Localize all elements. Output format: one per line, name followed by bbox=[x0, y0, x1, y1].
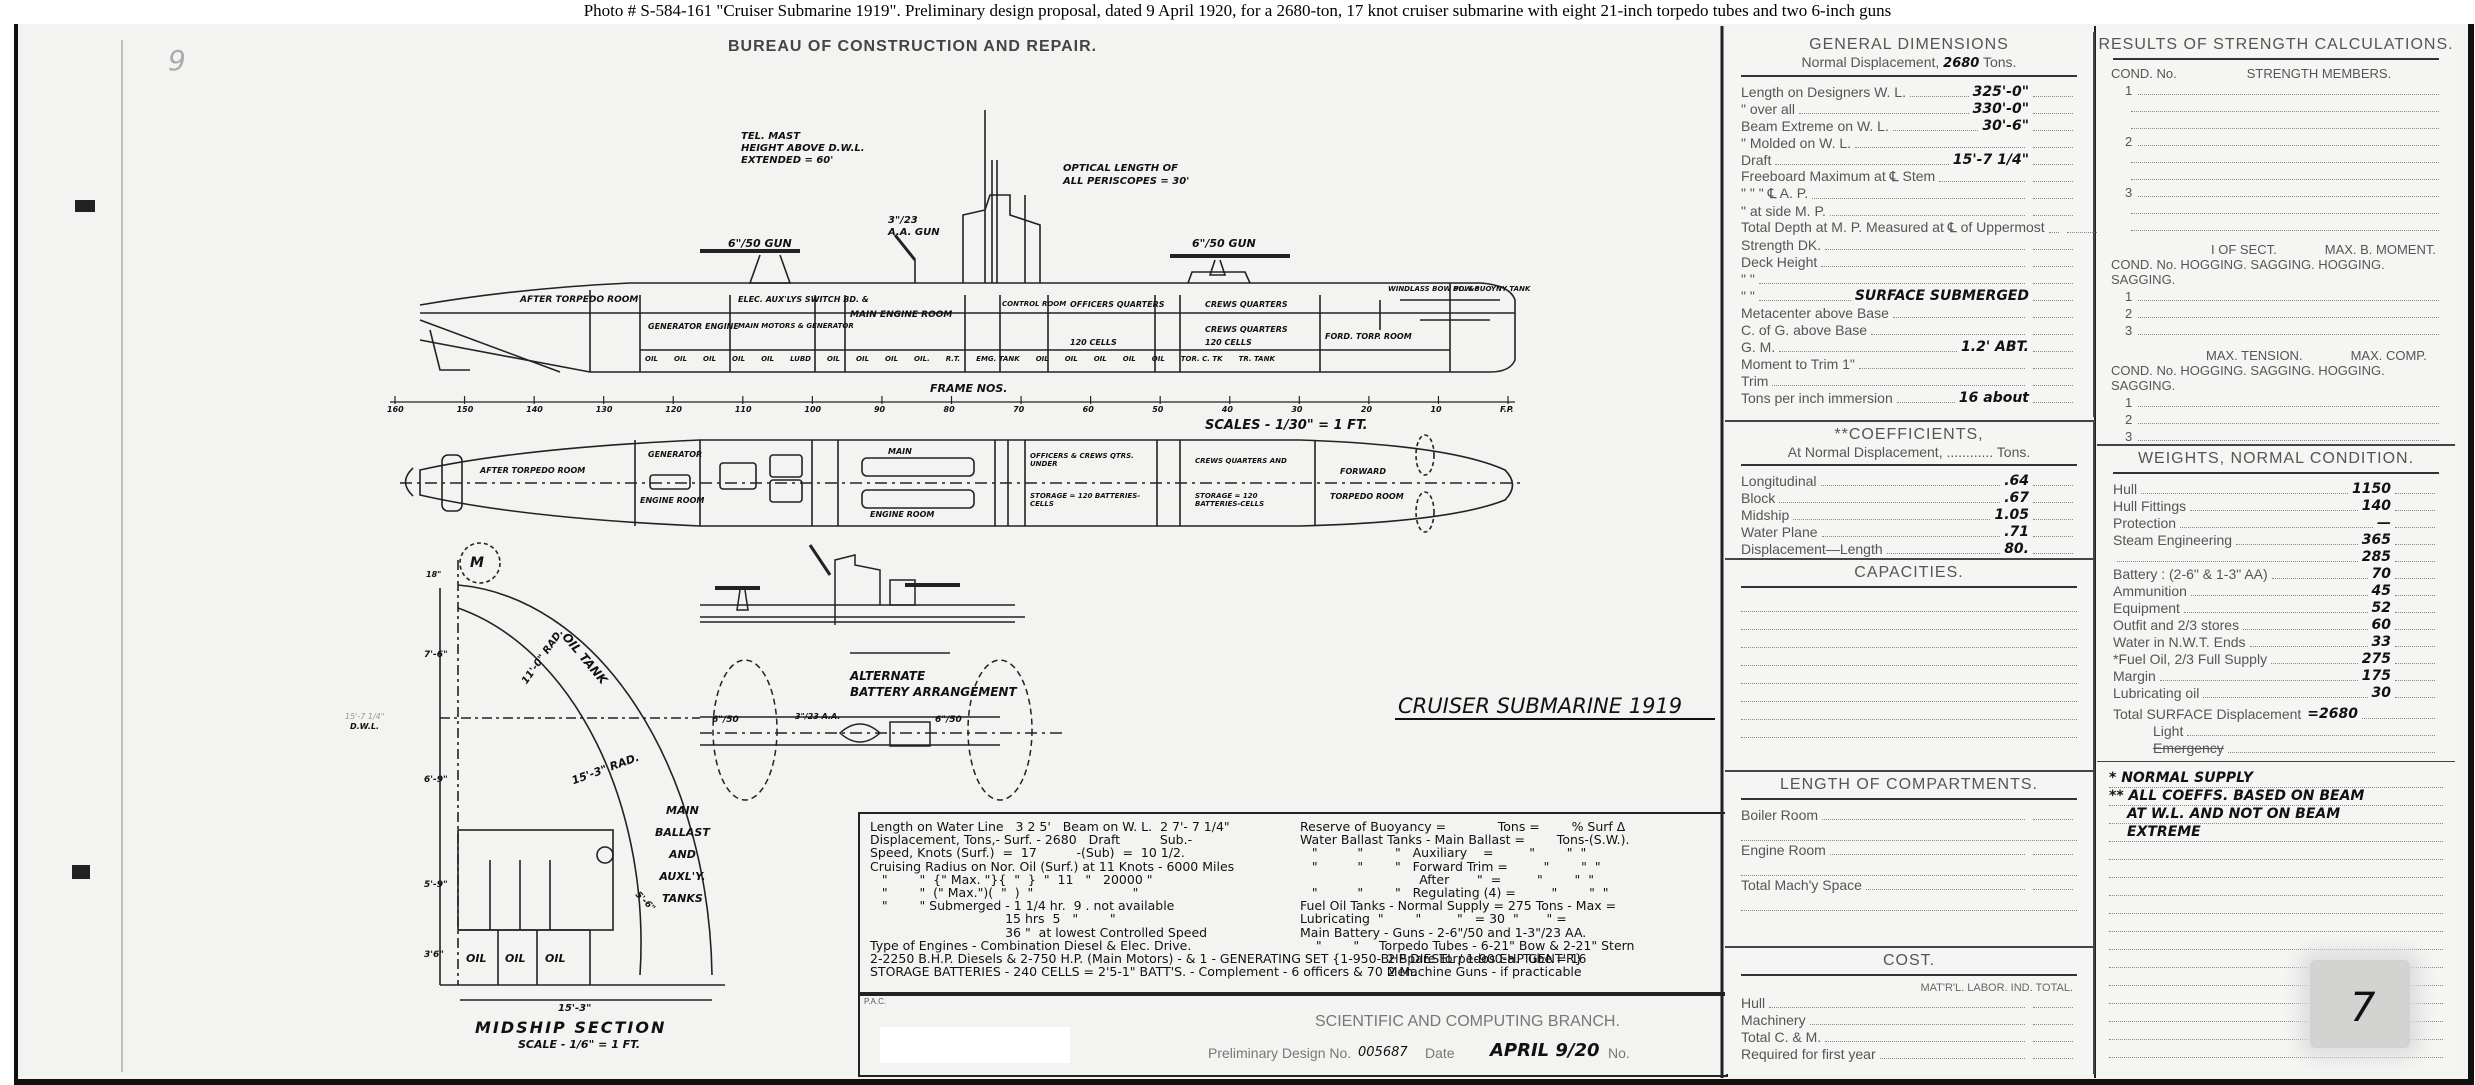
plan-generator: GENERATOR bbox=[648, 450, 702, 459]
initials: P.A.C. bbox=[864, 997, 886, 1006]
dimension-row-leader bbox=[1910, 96, 1969, 97]
coefficients-panel: **COEFFICIENTS, At Normal Displacement, … bbox=[1725, 420, 2095, 560]
tank-label: OIL bbox=[674, 355, 687, 363]
dimension-row-label: " at side M. P. bbox=[1741, 203, 1826, 219]
weight-row: Protection— bbox=[2097, 514, 2455, 531]
tank-label: OIL bbox=[1123, 355, 1136, 363]
coefficients-rows: Longitudinal.64Block.67Midship1.05Water … bbox=[1725, 472, 2093, 557]
tank-label: OIL bbox=[645, 355, 658, 363]
weight-row-value: 140 bbox=[2362, 498, 2391, 514]
dim-6-9: 6'-9" bbox=[424, 775, 448, 785]
tank-label: OIL. bbox=[914, 355, 930, 363]
dimension-row-label: " " bbox=[1741, 288, 1755, 304]
weight-row: Margin175 bbox=[2097, 667, 2455, 684]
coefficient-row: Longitudinal.64 bbox=[1725, 472, 2093, 489]
coefficient-row-trail bbox=[2033, 519, 2073, 520]
capacity-line bbox=[1741, 630, 2077, 648]
fwd-torpedo-room-label: FORD. TORP. ROOM bbox=[1325, 332, 1412, 341]
dimension-row-trail bbox=[2033, 249, 2073, 250]
cost-row-trail bbox=[2033, 1041, 2073, 1042]
compartment-row-trail bbox=[2033, 889, 2073, 890]
dimension-row: Length on Designers W. L.325'-0" bbox=[1725, 83, 2093, 100]
weight-row-label: Ammunition bbox=[2113, 583, 2187, 599]
dimension-row: C. of G. above Base bbox=[1725, 321, 2093, 338]
midship-oil-3: OIL bbox=[545, 952, 565, 965]
bow-buoyancy-tank-label: BOW BUOYNY TANK bbox=[1453, 285, 1530, 293]
tank-label: OIL bbox=[1065, 355, 1078, 363]
dimension-row-leader bbox=[1799, 113, 1969, 114]
weight-row-leader bbox=[2272, 578, 2368, 579]
weight-row-trail bbox=[2395, 595, 2435, 596]
tank-label: R.T. bbox=[946, 355, 960, 363]
dimension-row-label: " Molded on W. L. bbox=[1741, 135, 1851, 151]
dimension-row-leader bbox=[1821, 266, 2025, 267]
dimension-row-trail bbox=[2033, 351, 2073, 352]
cost-row-trail bbox=[2033, 1007, 2073, 1008]
dimension-row: Trim bbox=[1725, 372, 2093, 389]
cond-leader bbox=[2138, 423, 2439, 424]
dimension-row-leader bbox=[1893, 317, 2025, 318]
weight-row: Outfit and 2/3 stores60 bbox=[2097, 616, 2455, 633]
dimension-row-label: Strength DK. bbox=[1741, 237, 1821, 253]
weight-row: Hull1150 bbox=[2097, 480, 2455, 497]
weight-row-value: 175 bbox=[2362, 668, 2391, 684]
weight-row-trail bbox=[2395, 510, 2435, 511]
coefficient-row-value: .71 bbox=[2004, 524, 2029, 540]
capacities-panel: CAPACITIES. bbox=[1725, 558, 2095, 770]
strength-member-blank bbox=[2097, 166, 2455, 183]
tank-label: TOR. C. TK bbox=[1181, 355, 1223, 363]
cond-leader bbox=[2138, 440, 2439, 441]
frame-number: 60 bbox=[1083, 405, 1094, 414]
frame-number: 140 bbox=[526, 405, 543, 414]
main-motors-label: MAIN MOTORS & GENERATOR bbox=[738, 322, 854, 330]
weight-row-label: Water in N.W.T. Ends bbox=[2113, 634, 2246, 650]
dimension-row-trail bbox=[2033, 334, 2073, 335]
cost-row-leader bbox=[1769, 1007, 2025, 1008]
compartments-panel: LENGTH OF COMPARTMENTS. Boiler RoomEngin… bbox=[1725, 770, 2095, 948]
cond-number: 1 bbox=[2125, 83, 2132, 98]
dimension-row-label: " over all bbox=[1741, 101, 1795, 117]
strength-panel: RESULTS OF STRENGTH CALCULATIONS. COND. … bbox=[2097, 32, 2455, 442]
tel-mast-label: TEL. MAST HEIGHT ABOVE D.W.L. EXTENDED =… bbox=[741, 131, 865, 167]
weight-row-label: Battery : (2-6" & 1-3" AA) bbox=[2113, 566, 2268, 582]
midship-m-label: M bbox=[470, 555, 484, 571]
weight-row-leader bbox=[2250, 646, 2368, 647]
cost-row: Required for first year bbox=[1725, 1045, 2093, 1062]
general-dimensions-title: GENERAL DIMENSIONS bbox=[1725, 36, 2093, 54]
cost-row-label: Total C. & M. bbox=[1741, 1029, 1821, 1045]
dimension-row-leader bbox=[1812, 198, 2025, 199]
spec-block: Length on Water Line 3 2 5' Beam on W. L… bbox=[858, 812, 1728, 996]
cond-number: 1 bbox=[2125, 395, 2132, 410]
weight-row-label: Margin bbox=[2113, 668, 2156, 684]
dimension-row: Deck Height bbox=[1725, 253, 2093, 270]
coefficient-row-trail bbox=[2033, 485, 2073, 486]
cond-row: 3 bbox=[2097, 427, 2455, 444]
dimension-row-label: Metacenter above Base bbox=[1741, 305, 1889, 321]
compartment-row: Total Mach'y Space bbox=[1725, 876, 2093, 893]
dimension-row-value: 15'-7 1/4" bbox=[1953, 152, 2029, 168]
dimension-row-label: C. of G. above Base bbox=[1741, 322, 1867, 338]
alternate-label-line: BATTERY ARRANGEMENT bbox=[850, 684, 1017, 700]
dimension-row-leader bbox=[1759, 300, 1851, 301]
periscope-line: ALL PERISCOPES = 30' bbox=[1063, 175, 1189, 188]
cond-leader bbox=[2138, 334, 2439, 335]
tank-label: OIL bbox=[1036, 355, 1049, 363]
coefficient-row-label: Displacement—Length bbox=[1741, 541, 1883, 557]
weight-row: Battery : (2-6" & 1-3" AA)70 bbox=[2097, 565, 2455, 582]
cond-row: 1 bbox=[2097, 287, 2455, 304]
cells-label-fwd: 120 CELLS bbox=[1205, 338, 1252, 347]
dimension-row-label: Deck Height bbox=[1741, 254, 1817, 270]
cond-leader bbox=[2138, 406, 2439, 407]
dimension-row-label: " " bbox=[1741, 271, 1755, 287]
coefficient-row-value: 1.05 bbox=[1994, 507, 2029, 523]
coefficients-subtitle: At Normal Displacement, ............ Ton… bbox=[1725, 444, 2093, 460]
strength-member-blank bbox=[2097, 217, 2455, 234]
dimension-row-value: 325'-0" bbox=[1973, 84, 2029, 100]
weight-row-leader bbox=[2203, 697, 2367, 698]
strength-member-row: 3 bbox=[2097, 183, 2455, 200]
weight-row-trail bbox=[2395, 680, 2435, 681]
cost-columns: MAT'R'L. LABOR. IND. TOTAL. bbox=[1725, 982, 2093, 994]
dim-beam: 15'-3" bbox=[558, 1003, 591, 1014]
strength-leader bbox=[2138, 145, 2439, 146]
dimension-row-leader bbox=[1897, 402, 1955, 403]
frame-number: 40 bbox=[1222, 405, 1233, 414]
design-number: 005687 bbox=[1358, 1045, 1408, 1060]
alternate-label-line: ALTERNATE bbox=[850, 668, 1017, 684]
max-comp-header: MAX. COMP. bbox=[2351, 348, 2427, 363]
plan-officers-crews: OFFICERS & CREWS QTRS. UNDER bbox=[1030, 452, 1150, 468]
weight-row-label: Protection bbox=[2113, 515, 2176, 531]
dimension-row-leader bbox=[1859, 368, 2025, 369]
normal-displacement-unit: Tons. bbox=[1983, 54, 2016, 70]
periscope-label: OPTICAL LENGTH OF ALL PERISCOPES = 30' bbox=[1063, 162, 1189, 188]
dimension-row-leader bbox=[1893, 130, 1979, 131]
dimension-row-leader bbox=[1830, 215, 2025, 216]
tel-mast-line: EXTENDED = 60' bbox=[741, 155, 865, 167]
branch-label: SCIENTIFIC AND COMPUTING BRANCH. bbox=[1315, 1013, 1620, 1031]
cond-leader bbox=[2138, 317, 2439, 318]
coefficient-row-value: 80. bbox=[2004, 541, 2029, 557]
generator-engine-label: GENERATOR ENGINE bbox=[648, 322, 739, 331]
compartment-row-trail bbox=[2033, 819, 2073, 820]
weights-title: WEIGHTS, NORMAL CONDITION. bbox=[2097, 450, 2455, 468]
general-dimensions-panel: GENERAL DIMENSIONS Normal Displacement, … bbox=[1725, 32, 2095, 417]
tank-label: OIL bbox=[761, 355, 774, 363]
ballast-line: AND bbox=[655, 844, 710, 866]
plan-storage-aft: STORAGE = 120 BATTERIES-CELLS bbox=[1030, 492, 1150, 508]
midship-oil-1: OIL bbox=[466, 952, 486, 965]
strength-member-blank bbox=[2097, 200, 2455, 217]
dimension-row: Draft15'-7 1/4" bbox=[1725, 151, 2093, 168]
dimension-row: " at side M. P. bbox=[1725, 202, 2093, 219]
dimension-row: G. M.1.2' ABT. bbox=[1725, 338, 2093, 355]
coefficient-row-label: Water Plane bbox=[1741, 524, 1818, 540]
dimension-row-leader bbox=[1759, 283, 2025, 284]
weight-row-leader bbox=[2117, 561, 2358, 562]
cells-label-aft: 120 CELLS bbox=[1070, 338, 1117, 347]
dimension-row-leader bbox=[1855, 147, 2025, 148]
strength-leader bbox=[2131, 128, 2439, 129]
ballast-line: TANKS bbox=[655, 888, 710, 910]
dimension-row-trail bbox=[2033, 164, 2073, 165]
dim-18in: 18" bbox=[426, 570, 441, 579]
strength-member-row: 1 bbox=[2097, 81, 2455, 98]
dimension-row-value: SURFACE SUBMERGED bbox=[1855, 288, 2029, 304]
tank-label: OIL bbox=[885, 355, 898, 363]
cost-title: COST. bbox=[1725, 952, 2093, 970]
strength-member-blank bbox=[2097, 115, 2455, 132]
redacted-area bbox=[880, 1027, 1070, 1063]
compartment-row: Boiler Room bbox=[1725, 806, 2093, 823]
dimension-row-leader bbox=[1871, 334, 2025, 335]
normal-displacement-value: 2680 bbox=[1943, 56, 1979, 71]
emergency-label: Emergency bbox=[2153, 740, 2224, 756]
ballast-line: AUXL'Y. bbox=[655, 866, 710, 888]
plan-crews-quarters: CREWS QUARTERS AND bbox=[1195, 457, 1305, 465]
section-header-2: MAX. TENSION. MAX. COMP. bbox=[2097, 348, 2455, 363]
capacity-line bbox=[1741, 594, 2077, 612]
weights-panel: WEIGHTS, NORMAL CONDITION. Hull1150Hull … bbox=[2097, 444, 2455, 763]
max-tension-header: MAX. TENSION. bbox=[2206, 348, 2303, 363]
weight-row-label: Outfit and 2/3 stores bbox=[2113, 617, 2239, 633]
dimension-row-label: Trim bbox=[1741, 373, 1768, 389]
frame-number: 150 bbox=[457, 405, 474, 414]
dim-7-6: 7'-6" bbox=[424, 650, 448, 660]
cond-number: 3 bbox=[2125, 323, 2132, 338]
ballast-line: BALLAST bbox=[655, 822, 710, 844]
midship-section-title: MIDSHIP SECTION bbox=[475, 1018, 666, 1037]
dimension-row-label: Draft bbox=[1741, 152, 1771, 168]
frame-number: 30 bbox=[1291, 405, 1302, 414]
weight-row: 285 bbox=[2097, 548, 2455, 565]
max-b-moment-header: MAX. B. MOMENT. bbox=[2325, 242, 2436, 257]
cond-number: 2 bbox=[2125, 134, 2132, 149]
dimension-row-value: 16 about bbox=[1959, 390, 2029, 406]
spec-line: Main Battery - Guns - 2-6"/50 and 1-3"/2… bbox=[1300, 926, 1634, 939]
capacity-line bbox=[1741, 666, 2077, 684]
weight-row-value: 1150 bbox=[2352, 481, 2391, 497]
tank-label: EMG. TANK bbox=[976, 355, 1020, 363]
hog-sag-header-2: COND. No. HOGGING. SAGGING. HOGGING. SAG… bbox=[2097, 363, 2455, 393]
strength-leader bbox=[2131, 230, 2439, 231]
strength-member-blank bbox=[2097, 149, 2455, 166]
strength-member-blank bbox=[2097, 98, 2455, 115]
strength-members-header: STRENGTH MEMBERS. bbox=[2247, 66, 2391, 81]
section-header-1: I OF SECT. MAX. B. MOMENT. bbox=[2097, 242, 2455, 257]
cost-row-label: Machinery bbox=[1741, 1012, 1806, 1028]
compartment-row-label: Total Mach'y Space bbox=[1741, 877, 1862, 893]
dimension-row-leader bbox=[1772, 385, 2025, 386]
coefficient-row-trail bbox=[2033, 502, 2073, 503]
compartment-row-label: Boiler Room bbox=[1741, 807, 1818, 823]
control-room-label: CONTROL ROOM bbox=[1002, 300, 1066, 308]
dimension-row-leader bbox=[1775, 164, 1949, 165]
i-of-sect-rows: 123 bbox=[2097, 287, 2455, 338]
weight-row-label: Hull Fittings bbox=[2113, 498, 2186, 514]
frame-number: 110 bbox=[735, 405, 752, 414]
spec-line: 2 Machine Guns - if practicable bbox=[1300, 965, 1634, 978]
dimension-row-label: " " " ℄ A. P. bbox=[1741, 185, 1808, 202]
spec-line: Lubricating " " " = 30 " " = bbox=[1300, 912, 1634, 925]
dimension-row-trail bbox=[2033, 198, 2073, 199]
strength-title: RESULTS OF STRENGTH CALCULATIONS. bbox=[2097, 36, 2455, 54]
weight-row-leader bbox=[2141, 493, 2348, 494]
weight-row-leader bbox=[2160, 680, 2358, 681]
cond-number: 2 bbox=[2125, 306, 2132, 321]
spec-line: " " " Forward Trim = " " " bbox=[1300, 860, 1634, 873]
weight-row-value: 60 bbox=[2372, 617, 2391, 633]
weight-row-value: — bbox=[2377, 515, 2391, 531]
note-blank-line bbox=[2109, 860, 2443, 878]
capacity-line bbox=[1741, 684, 2077, 702]
compartment-row-trail bbox=[2033, 854, 2073, 855]
dimension-row-trail bbox=[2033, 181, 2073, 182]
strength-members-rows: 123 bbox=[2097, 81, 2455, 234]
dimension-row-trail bbox=[2033, 147, 2073, 148]
dimension-row: " over all330'-0" bbox=[1725, 100, 2093, 117]
corner-number: 7 bbox=[2350, 985, 2375, 1031]
dimension-row: " "SURFACE SUBMERGED bbox=[1725, 287, 2093, 304]
plan-forward: FORWARD bbox=[1340, 467, 1386, 476]
weight-row-label: Lubricating oil bbox=[2113, 685, 2199, 701]
drawing-title: CRUISER SUBMARINE 1919 bbox=[1398, 694, 1682, 718]
coefficient-row-label: Longitudinal bbox=[1741, 473, 1817, 489]
frame-nos-label: FRAME NOS. bbox=[930, 382, 1007, 395]
cost-rows: HullMachineryTotal C. & M.Required for f… bbox=[1725, 994, 2093, 1062]
dimension-row-trail bbox=[2033, 402, 2073, 403]
bureau-header: BUREAU OF CONSTRUCTION AND REPAIR. bbox=[728, 38, 1097, 56]
normal-displacement: Normal Displacement, 2680 Tons. bbox=[1725, 54, 2093, 71]
cost-row-trail bbox=[2033, 1058, 2073, 1059]
compartment-line bbox=[1741, 858, 2077, 876]
spec-line: " " " Auxiliary = " " " bbox=[1300, 846, 1634, 859]
cost-panel: COST. MAT'R'L. LABOR. IND. TOTAL. HullMa… bbox=[1725, 946, 2095, 1074]
compartment-line bbox=[1741, 823, 2077, 841]
weight-row-value: 275 bbox=[2362, 651, 2391, 667]
cost-row-leader bbox=[1810, 1024, 2025, 1025]
weight-row-trail bbox=[2395, 663, 2435, 664]
coefficient-row-trail bbox=[2033, 536, 2073, 537]
weight-row-trail bbox=[2395, 544, 2435, 545]
dimension-row: " Molded on W. L. bbox=[1725, 134, 2093, 151]
weight-row-label: *Fuel Oil, 2/3 Full Supply bbox=[2113, 651, 2267, 667]
compartment-row-label: Engine Room bbox=[1741, 842, 1826, 858]
dimension-row-label: Beam Extreme on W. L. bbox=[1741, 118, 1889, 134]
no-label: No. bbox=[1608, 1045, 1630, 1061]
coefficient-row-value: .67 bbox=[2004, 490, 2029, 506]
dimension-row-label: Tons per inch immersion bbox=[1741, 390, 1893, 406]
cond-row: 2 bbox=[2097, 410, 2455, 427]
capacity-line bbox=[1741, 648, 2077, 666]
coefficient-row-label: Midship bbox=[1741, 507, 1789, 523]
dimension-row-label: Freeboard Maximum at ℄ Stem bbox=[1741, 168, 1935, 185]
weights-rows: Hull1150Hull Fittings140Protection—Steam… bbox=[2097, 480, 2455, 701]
frame-number: 130 bbox=[596, 405, 613, 414]
aft-gun-label: 6"/50 GUN bbox=[728, 237, 792, 250]
weight-row-label: Steam Engineering bbox=[2113, 532, 2232, 548]
dimension-row-trail bbox=[2033, 215, 2073, 216]
plan-main-engine-room: ENGINE ROOM bbox=[870, 510, 934, 519]
dimension-row-value: 330'-0" bbox=[1973, 101, 2029, 117]
dimension-row-leader bbox=[1825, 249, 2025, 250]
capacity-line bbox=[1741, 720, 2077, 738]
alt-gun-aft: 6"/50 bbox=[712, 715, 739, 725]
dim-5-9: 5'-9" bbox=[424, 880, 448, 890]
scale-label: SCALES - 1/30" = 1 FT. bbox=[1205, 418, 1368, 433]
dimension-row: Moment to Trim 1" bbox=[1725, 355, 2093, 372]
dimension-row: Beam Extreme on W. L.30'-6" bbox=[1725, 117, 2093, 134]
capacities-lines bbox=[1725, 594, 2093, 738]
alternate-battery-label: ALTERNATE BATTERY ARRANGEMENT bbox=[850, 668, 1017, 700]
frame-number: F.P. bbox=[1500, 405, 1514, 414]
frame-number: 100 bbox=[804, 405, 821, 414]
fwd-gun-label: 6"/50 GUN bbox=[1192, 237, 1256, 250]
compartments-title: LENGTH OF COMPARTMENTS. bbox=[1725, 776, 2093, 794]
compartment-row-leader bbox=[1822, 819, 2025, 820]
note-line: ** ALL COEFFS. BASED ON BEAM bbox=[2109, 788, 2443, 806]
weight-row: Water in N.W.T. Ends33 bbox=[2097, 633, 2455, 650]
plan-storage-fwd: STORAGE = 120 BATTERIES-CELLS bbox=[1195, 492, 1305, 508]
elec-switchboard-label: ELEC. AUX'LYS SWITCH BD. & bbox=[738, 295, 869, 304]
cond-leader bbox=[2138, 300, 2439, 301]
weight-row-value: 52 bbox=[2372, 600, 2391, 616]
frame-number: 50 bbox=[1152, 405, 1163, 414]
weight-row-value: 285 bbox=[2362, 549, 2391, 565]
periscope-line: OPTICAL LENGTH OF bbox=[1063, 162, 1189, 175]
weight-row-leader bbox=[2180, 527, 2373, 528]
frame-number: 160 bbox=[387, 405, 404, 414]
normal-displacement-label: Normal Displacement, bbox=[1802, 54, 1940, 70]
plan-engine-room: ENGINE ROOM bbox=[640, 496, 704, 505]
dimension-row-trail bbox=[2033, 385, 2073, 386]
coefficients-title: **COEFFICIENTS, bbox=[1725, 426, 2093, 444]
dimension-row-leader bbox=[2049, 232, 2059, 233]
weight-row-value: 365 bbox=[2362, 532, 2391, 548]
tank-label: TR. TANK bbox=[1239, 355, 1275, 363]
strength-leader bbox=[2138, 94, 2439, 95]
general-dimensions-rows: Length on Designers W. L.325'-0"" over a… bbox=[1725, 83, 2093, 406]
weight-row-label: Equipment bbox=[2113, 600, 2180, 616]
tank-label: OIL bbox=[1152, 355, 1165, 363]
dwl-value: 15'-7 1/4" bbox=[345, 712, 384, 721]
weight-row: Steam Engineering365 bbox=[2097, 531, 2455, 548]
dimension-row-leader bbox=[1939, 181, 2025, 182]
compartment-row-leader bbox=[1830, 854, 2025, 855]
note-blank-line bbox=[2109, 896, 2443, 914]
weight-row: Equipment52 bbox=[2097, 599, 2455, 616]
note-line: EXTREME bbox=[2109, 824, 2443, 842]
after-torpedo-room-label: AFTER TORPEDO ROOM bbox=[520, 295, 638, 305]
notes-list: * NORMAL SUPPLY** ALL COEFFS. BASED ON B… bbox=[2097, 762, 2455, 842]
dimension-row: Strength DK. bbox=[1725, 236, 2093, 253]
dimension-row: Tons per inch immersion16 about bbox=[1725, 389, 2093, 406]
coefficient-row-leader bbox=[1887, 553, 2001, 554]
cond-number: 3 bbox=[2125, 185, 2132, 200]
officers-quarters-label: OFFICERS QUARTERS bbox=[1070, 300, 1165, 309]
weight-row-leader bbox=[2190, 510, 2358, 511]
weight-row-trail bbox=[2395, 646, 2435, 647]
design-no-label: Preliminary Design No. bbox=[1208, 1045, 1351, 1061]
dimension-row-value: 1.2' ABT. bbox=[1961, 339, 2029, 355]
strength-leader bbox=[2131, 111, 2439, 112]
title-block: P.A.C. SCIENTIFIC AND COMPUTING BRANCH. … bbox=[858, 992, 1728, 1077]
cond-no-header: COND. No. bbox=[2111, 66, 2177, 81]
dimension-row-value: 30'-6" bbox=[1982, 118, 2029, 134]
